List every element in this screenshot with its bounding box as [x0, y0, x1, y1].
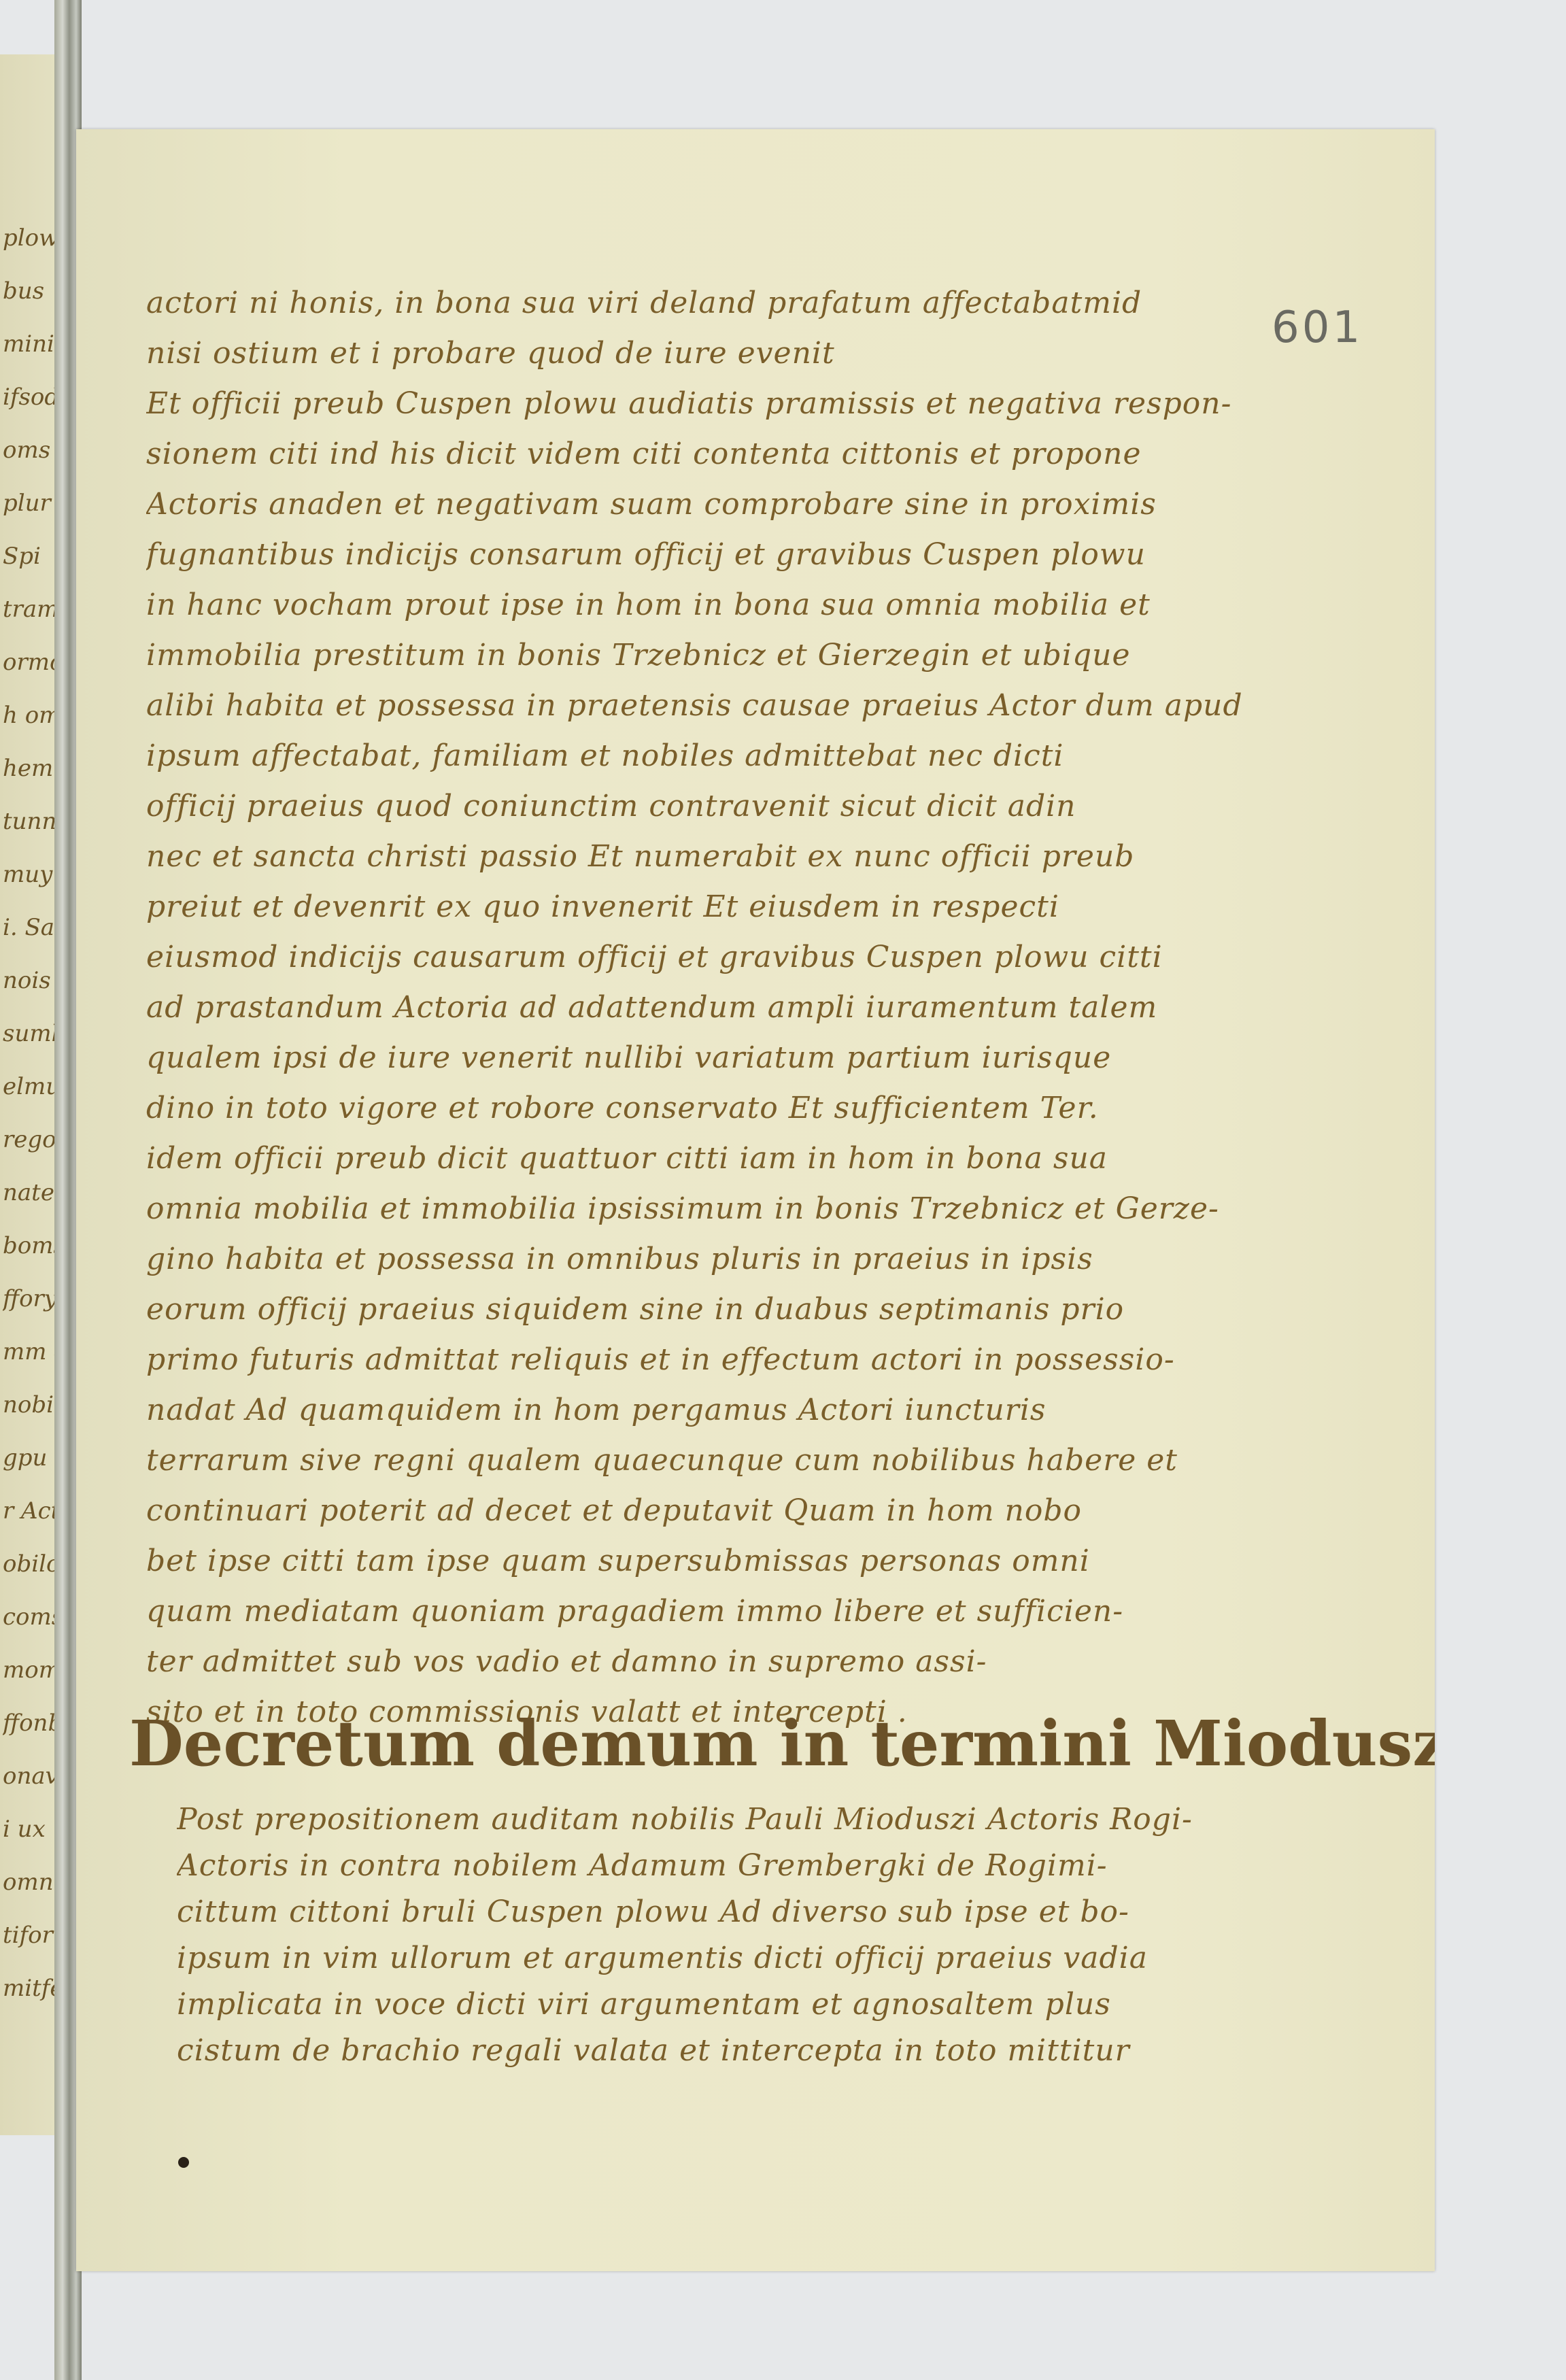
- manuscript-line: ipsum affectabat, familiam et nobiles ad…: [146, 738, 1295, 773]
- manuscript-line: actori ni honis, in bona sua viri deland…: [146, 286, 1295, 320]
- manuscript-line: omnia mobilia et immobilia ipsissimum in…: [146, 1191, 1295, 1226]
- manuscript-line: idem officii preub dicit quattuor citti …: [146, 1141, 1295, 1176]
- manuscript-line: terrarum sive regni qualem quaecunque cu…: [146, 1443, 1295, 1478]
- manuscript-line: eorum officij praeius siquidem sine in d…: [146, 1292, 1295, 1327]
- manuscript-line: preiut et devenrit ex quo invenerit Et e…: [146, 889, 1295, 924]
- manuscript-line: alibi habita et possessa in praetensis c…: [146, 688, 1295, 723]
- section-heading: Decretum demum in termini Mioduszi Rogim…: [129, 1707, 1435, 1780]
- manuscript-section-line: Actoris in contra nobilem Adamum Grember…: [177, 1848, 1326, 1883]
- manuscript-section-line: implicata in voce dicti viri argumentam …: [177, 1987, 1326, 2022]
- manuscript-line: immobilia prestitum in bonis Trzebnicz e…: [146, 638, 1295, 673]
- manuscript-line: officij praeius quod coniunctim contrave…: [146, 789, 1295, 823]
- manuscript-line: nisi ostium et i probare quod de iure ev…: [146, 336, 1295, 371]
- manuscript-line: quam mediatam quoniam pragadiem immo lib…: [146, 1594, 1295, 1629]
- manuscript-line: ter admittet sub vos vadio et damno in s…: [146, 1644, 1295, 1679]
- manuscript-line: continuari poterit ad decet et deputavit…: [146, 1493, 1295, 1528]
- manuscript-line: fugnantibus indicijs consarum officij et…: [146, 537, 1295, 572]
- ink-blot: [178, 2157, 189, 2168]
- manuscript-line: nec et sancta christi passio Et numerabi…: [146, 839, 1295, 874]
- manuscript-line: Et officii preub Cuspen plowu audiatis p…: [146, 386, 1295, 421]
- manuscript-line: qualem ipsi de iure venerit nullibi vari…: [146, 1040, 1295, 1075]
- manuscript-line: primo futuris admittat reliquis et in ef…: [146, 1342, 1295, 1377]
- manuscript-section-line: cittum cittoni bruli Cuspen plowu Ad div…: [177, 1894, 1326, 1929]
- manuscript-line: ad prastandum Actoria ad adattendum ampl…: [146, 990, 1295, 1025]
- manuscript-section-line: ipsum in vim ullorum et argumentis dicti…: [177, 1941, 1326, 1975]
- manuscript-line: gino habita et possessa in omnibus pluri…: [146, 1242, 1295, 1276]
- manuscript-line: eiusmod indicijs causarum officij et gra…: [146, 940, 1295, 974]
- manuscript-line: sionem citi ind his dicit videm citi con…: [146, 437, 1295, 471]
- manuscript-line: Actoris anaden et negativam suam comprob…: [146, 487, 1295, 522]
- manuscript-section-line: Post prepositionem auditam nobilis Pauli…: [177, 1802, 1326, 1837]
- manuscript-line: bet ipse citti tam ipse quam supersubmis…: [146, 1544, 1295, 1578]
- manuscript-line: in hanc vocham prout ipse in hom in bona…: [146, 588, 1295, 622]
- manuscript-line: dino in toto vigore et robore conservato…: [146, 1091, 1295, 1125]
- manuscript-line: nadat Ad quamquidem in hom pergamus Acto…: [146, 1393, 1295, 1427]
- manuscript-section-line: cistum de brachio regali valata et inter…: [177, 2033, 1326, 2068]
